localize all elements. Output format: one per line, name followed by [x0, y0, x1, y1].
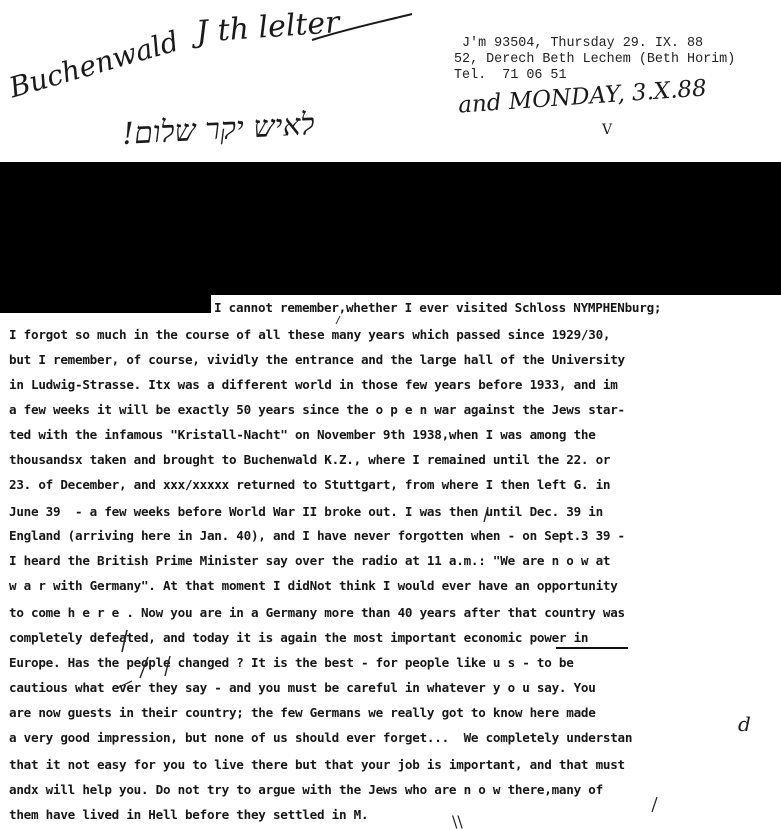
margin-mark-bottom: \\	[452, 812, 463, 830]
redaction-block	[0, 162, 781, 295]
letter-line: completely defeated, and today it is aga…	[9, 629, 588, 647]
handwritten-hebrew-greeting: לאיש יקר שלום!	[121, 107, 315, 152]
letter-line: them have lived in Hell before they sett…	[9, 806, 368, 824]
letter-line: June 39 - a few weeks before World War I…	[9, 503, 603, 521]
letter-line: I heard the British Prime Minister say o…	[9, 552, 610, 570]
underline-economic	[556, 647, 628, 649]
letter-line: andx will help you. Do not try to argue …	[9, 781, 603, 799]
address-line-1: J'm 93504, Thursday 29. IX. 88	[462, 36, 703, 52]
letter-line: w a r with Germany". At that moment I di…	[9, 577, 618, 595]
letter-line: 23. of December, and xxx/xxxxx returned …	[9, 476, 610, 494]
letter-line: to come h e r e . Now you are in a Germa…	[9, 604, 625, 622]
address-line-2: 52, Derech Beth Lechem (Beth Horim)	[454, 52, 735, 68]
letter-line: thousandsx taken and brought to Buchenwa…	[9, 451, 610, 469]
letter-line: a few weeks it will be exactly 50 years …	[9, 401, 625, 419]
address-line-3: Tel. 71 06 51	[454, 68, 567, 84]
handwritten-note-buchenwald: Buchenwald	[5, 25, 182, 105]
letter-line: a very good impression, but none of us s…	[9, 729, 632, 747]
signature-flourish	[310, 8, 420, 48]
letter-line: are now guests in their country; the few…	[9, 704, 596, 722]
letter-line: that it not easy for you to live there b…	[9, 756, 625, 774]
letter-line: in Ludwig-Strasse. Itx was a different w…	[9, 376, 618, 394]
letter-line: I forgot so much in the course of all th…	[9, 326, 610, 344]
handwritten-check-mark: V	[602, 122, 612, 138]
letter-line: cautious what ever they say - and you mu…	[9, 679, 596, 697]
letter-line: England (arriving here in Jan. 40), and …	[9, 527, 625, 545]
letter-line: Europe. Has the people changed ? It is t…	[9, 654, 574, 672]
letter-line: but I remember, of course, vividly the e…	[9, 351, 625, 369]
letter-line: ted with the infamous "Kristall-Nacht" o…	[9, 426, 596, 444]
redaction-block-left	[0, 294, 211, 313]
margin-mark-right: d	[738, 712, 751, 736]
letter-line: I cannot remember,whether I ever visited…	[214, 299, 661, 317]
